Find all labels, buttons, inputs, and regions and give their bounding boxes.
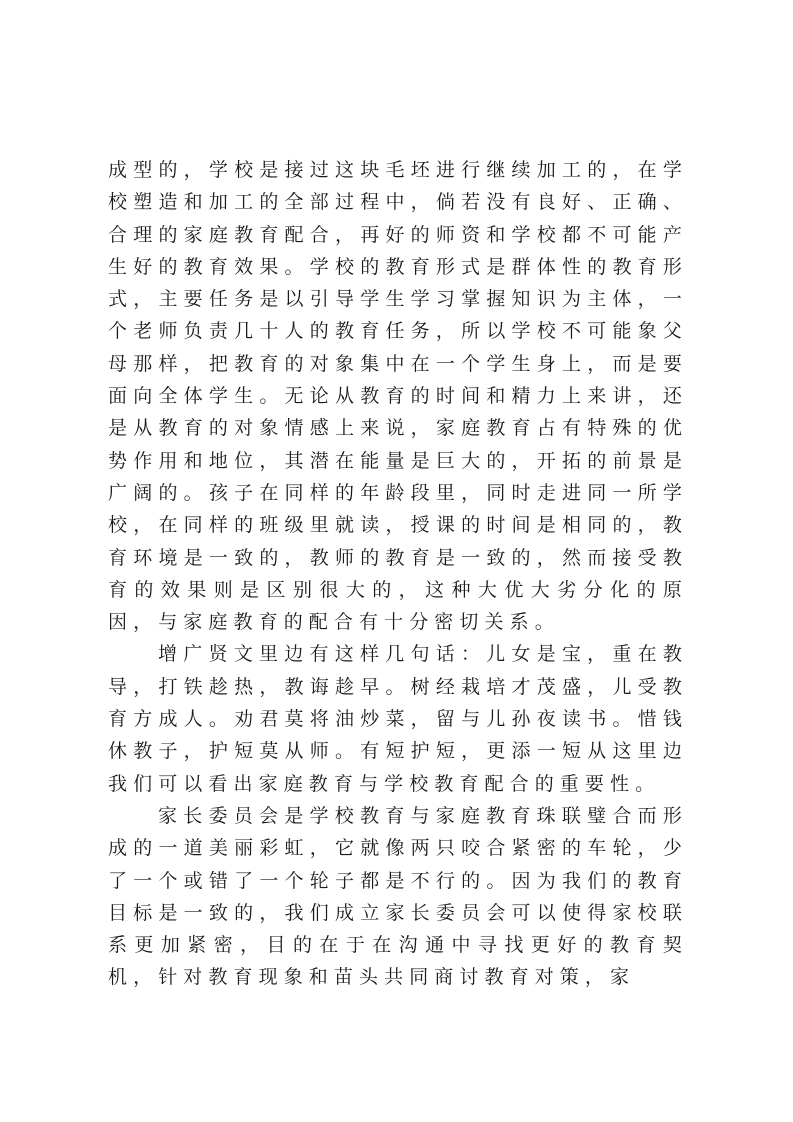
paragraph-school-family-education: 成型的，学校是接过这块毛坯进行继续加工的，在学校塑造和加工的全部过程中，倘若没有… bbox=[108, 154, 688, 638]
paragraph-parent-committee: 家长委员会是学校教育与家庭教育珠联璧合而形成的一道美丽彩虹，它就像两只咬合紧密的… bbox=[108, 800, 688, 994]
paragraph-zengguang-xianwen-quote: 增广贤文里边有这样几句话：儿女是宝，重在教导，打铁趁热，教诲趁早。树经栽培才茂盛… bbox=[108, 638, 688, 799]
document-page: 成型的，学校是接过这块毛坯进行继续加工的，在学校塑造和加工的全部过程中，倘若没有… bbox=[108, 154, 688, 994]
